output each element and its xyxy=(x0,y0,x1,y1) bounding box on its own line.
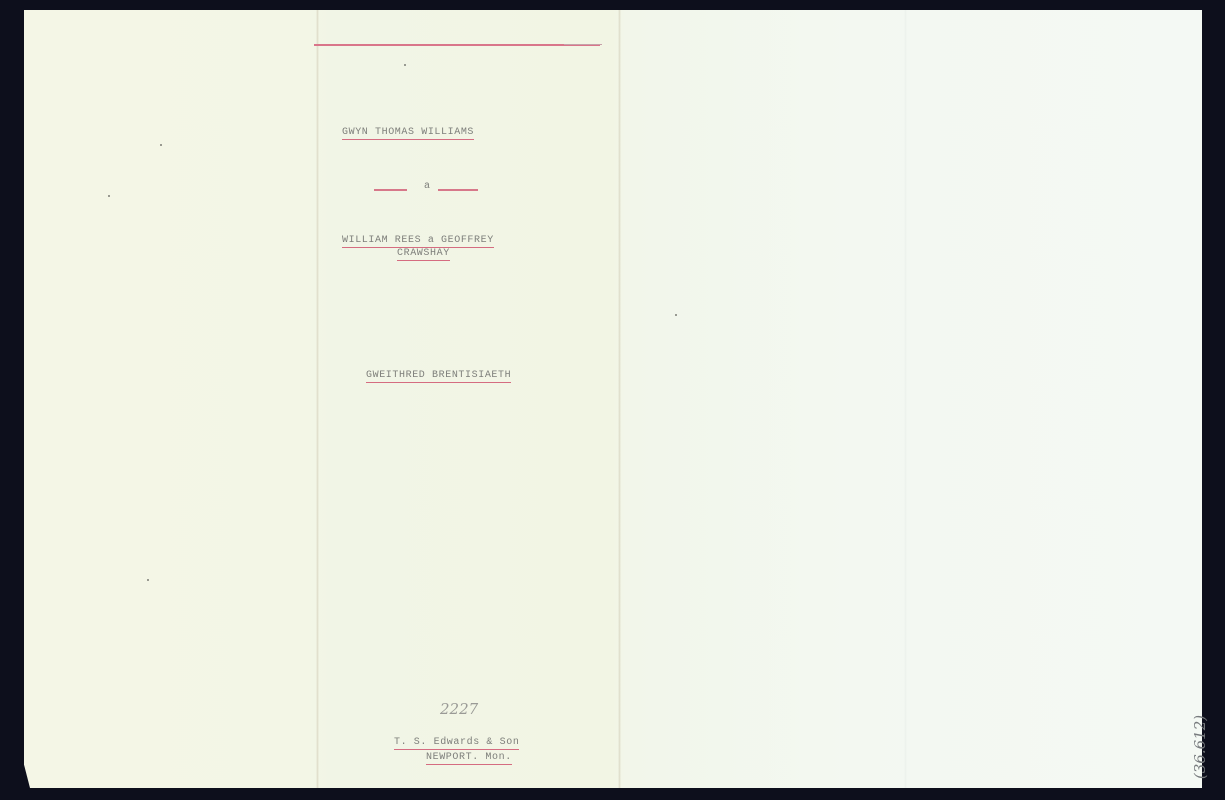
paper-speck xyxy=(675,314,677,316)
document-sheet: GWYN THOMAS WILLIAMS a WILLIAM REES a GE… xyxy=(24,10,1202,788)
solicitor-location: NEWPORT. Mon. xyxy=(426,752,512,765)
top-red-rule xyxy=(314,44,600,46)
paper-speck xyxy=(404,64,406,66)
connector-dash-left xyxy=(374,189,407,191)
fold-line xyxy=(618,10,621,788)
fold-line xyxy=(316,10,319,788)
party-one: GWYN THOMAS WILLIAMS xyxy=(342,127,474,140)
top-rule-tail xyxy=(564,44,602,45)
archive-reference: (36.612) xyxy=(1191,715,1209,779)
handwritten-number: 2227 xyxy=(440,700,478,718)
paper-speck xyxy=(108,195,110,197)
paper-speck xyxy=(147,579,149,581)
connector-dash-right xyxy=(438,189,478,191)
party-two-line1: WILLIAM REES a GEOFFREY xyxy=(342,235,494,248)
party-two-line2: CRAWSHAY xyxy=(397,248,450,261)
paper-speck xyxy=(160,144,162,146)
document-title: GWEITHRED BRENTISIAETH xyxy=(366,370,511,383)
connector: a xyxy=(424,181,431,192)
solicitor-name: T. S. Edwards & Son xyxy=(394,737,519,750)
fold-line xyxy=(904,10,907,788)
